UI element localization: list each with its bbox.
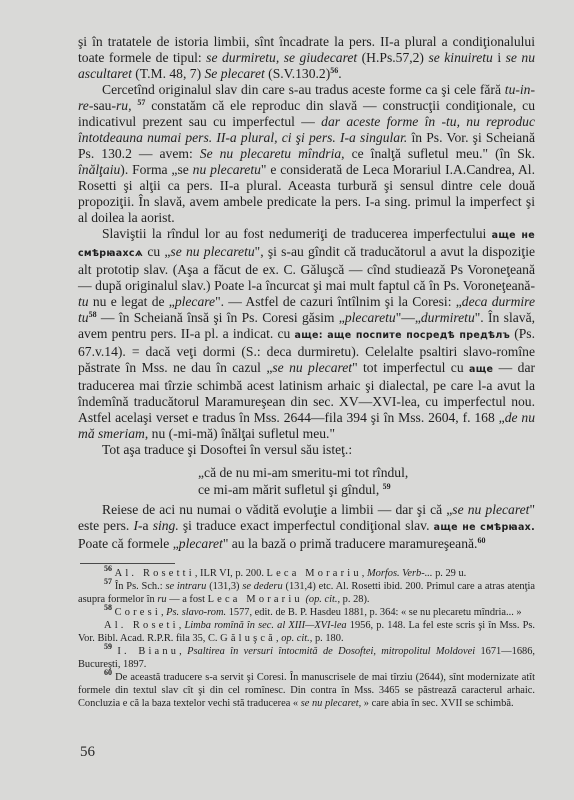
slavonic-text: аще не смѣрꙗах. — [434, 522, 535, 533]
text: , ILR VI, p. 200. — [195, 568, 267, 579]
footnote-number: 56 — [104, 564, 112, 573]
text: (S.V.130.2) — [265, 66, 330, 81]
author-name: Al. Roseti — [104, 620, 179, 631]
italic-text: ru — [157, 594, 166, 605]
paragraph-5: Reiese de aci nu numai o vădită evoluţie… — [78, 502, 535, 552]
page-number: 56 — [80, 744, 95, 761]
footnote-ref-59: 59 — [383, 482, 391, 491]
text: (H.Ps.57,2) — [357, 50, 428, 65]
italic-text: Morfos. Verb-... — [367, 568, 433, 579]
text: ". — Astfel de cazuri întîlnim şi la Cor… — [215, 294, 462, 309]
footnote-58-continued: Al. Roseti, Limba romînă în sec. al XIII… — [78, 619, 535, 645]
paragraph-2: Cercetînd originalul slav din care s-au … — [78, 82, 535, 226]
italic-text: (op. cit., — [305, 594, 340, 605]
text: Reiese de aci nu numai o vădită evoluţie… — [102, 502, 452, 517]
footnote-number: 58 — [104, 603, 112, 612]
verse-line-2: ce mi-am mărit sufletul şi gîndul, — [198, 482, 379, 497]
footnote-ref-58: 58 — [89, 310, 97, 319]
italic-text: se kinuiretu — [428, 50, 492, 65]
text: , — [179, 646, 187, 657]
italic-text: se durmiretu, se giudecaret — [206, 50, 357, 65]
text: 1577, edit. de B. P. Hasdeu 1881, p. 364… — [226, 607, 522, 618]
author-name: Leca Morariu — [208, 594, 303, 605]
italic-text: durmiretu — [421, 310, 475, 325]
slavonic-text: аще: аще поспите посредѣ предѣлъ — [294, 330, 510, 341]
main-text: şi în tratatele de istoria limbii, sînt … — [78, 34, 535, 552]
italic-text: se intraru — [165, 581, 206, 592]
text: (T.M. 48, 7) — [132, 66, 205, 81]
author-name: Leca Morariu — [267, 568, 362, 579]
text: . — [338, 66, 341, 81]
verse-quote: „că de nu mi-am smeritu-mi tot rîndul,ce… — [198, 464, 535, 498]
footnote-59: 59 I. Bianu, Psaltirea în versuri întocm… — [78, 645, 535, 671]
author-name: Găluşcă — [220, 633, 276, 644]
text: Poate că formele „ — [78, 536, 179, 551]
italic-text: Se nu plecaretu mîndria — [200, 146, 341, 161]
italic-text: Limba romînă în sec. al XIII—XVI-lea — [184, 620, 346, 631]
text: În Ps. Sch.: — [115, 581, 166, 592]
book-page: şi în tratatele de istoria limbii, sînt … — [0, 0, 574, 800]
footnote-ref-60: 60 — [477, 536, 485, 545]
text: " au la bază o primă traducere maramureş… — [223, 536, 478, 551]
italic-text: tu — [78, 294, 89, 309]
italic-text: plecaretu — [345, 310, 396, 325]
verse-line-1: „că de nu mi-am smeritu-mi tot rîndul, — [198, 465, 408, 480]
text: Cercetînd originalul slav din care s-au … — [102, 82, 505, 97]
italic-text: înălţaiu — [78, 162, 120, 177]
text: » care abia în sec. XVII se schimbă. — [361, 698, 513, 709]
italic-text: Ps. slavo-rom. — [166, 607, 226, 618]
paragraph-3: Slaviştii la rîndul lor au fost nedumeri… — [78, 226, 535, 442]
text: p. 29 u. — [432, 568, 466, 579]
author-name: Al. Rosetti — [115, 568, 195, 579]
author-name: I. Bianu — [117, 646, 179, 657]
italic-text: nu plecaretu — [193, 162, 261, 177]
text: nu e legat de „ — [89, 294, 175, 309]
author-name: Coresi — [115, 607, 161, 618]
footnote-57: 57 În Ps. Sch.: se intraru (131,3) se de… — [78, 580, 535, 606]
italic-text: plecaret — [179, 536, 223, 551]
italic-text: sing. — [153, 518, 179, 533]
footnote-number: 60 — [104, 668, 112, 677]
footnote-number: 57 — [104, 577, 112, 586]
text: p. 28). — [340, 594, 369, 605]
italic-text: Psaltirea în versuri întocmită de Dosoft… — [187, 646, 475, 657]
text: cu „ — [143, 244, 170, 259]
text: Slaviştii la rîndul lor au fost nedumeri… — [102, 226, 492, 241]
italic-text: se nu plecaretu — [170, 244, 254, 259]
text: , ce înalţă sufletul meu." (în Sk. — [341, 146, 535, 161]
footnote-60: 60 De această traducere s-a servit şi Co… — [78, 671, 535, 710]
text: şi traduce exact imperfectul condiţional… — [179, 518, 434, 533]
slavonic-text: аще — [469, 364, 493, 375]
text: sau — [93, 98, 111, 113]
paragraph-1: şi în tratatele de istoria limbii, sînt … — [78, 34, 535, 82]
italic-text: Se plecaret — [205, 66, 265, 81]
text: , nu (-mi-mă) înălţai sufletul meu." — [145, 426, 335, 441]
footnote-56: 56 Al. Rosetti, ILR VI, p. 200. Leca Mor… — [78, 567, 535, 580]
paragraph-4: Tot aşa traduce şi Dosoftei în versul să… — [78, 442, 535, 458]
text: p. 180. — [312, 633, 343, 644]
footnote-58: 58 Coresi, Ps. slavo-rom. 1577, edit. de… — [78, 606, 535, 619]
text: "—„ — [396, 310, 421, 325]
text: -a — [138, 518, 153, 533]
footnote-number: 59 — [104, 642, 112, 651]
italic-text: se dederu — [242, 581, 282, 592]
italic-text: se nu plecaret, — [301, 698, 362, 709]
text: i — [493, 50, 506, 65]
italic-text: -ru, — [111, 98, 131, 113]
text: — a fost — [167, 594, 208, 605]
italic-text: op. cit., — [281, 633, 312, 644]
text: — în Scheiană însă şi în Ps. Coresi găsi… — [97, 310, 345, 325]
text: " tot imperfectul cu — [352, 360, 469, 375]
text: (131,3) — [206, 581, 242, 592]
italic-text: plecare — [175, 294, 215, 309]
italic-text: se nu plecaret — [452, 502, 529, 517]
footnotes: 56 Al. Rosetti, ILR VI, p. 200. Leca Mor… — [78, 567, 535, 710]
text: ). Forma „se — [120, 162, 192, 177]
footnote-divider — [80, 563, 175, 564]
italic-text: se nu plecaret — [272, 360, 352, 375]
